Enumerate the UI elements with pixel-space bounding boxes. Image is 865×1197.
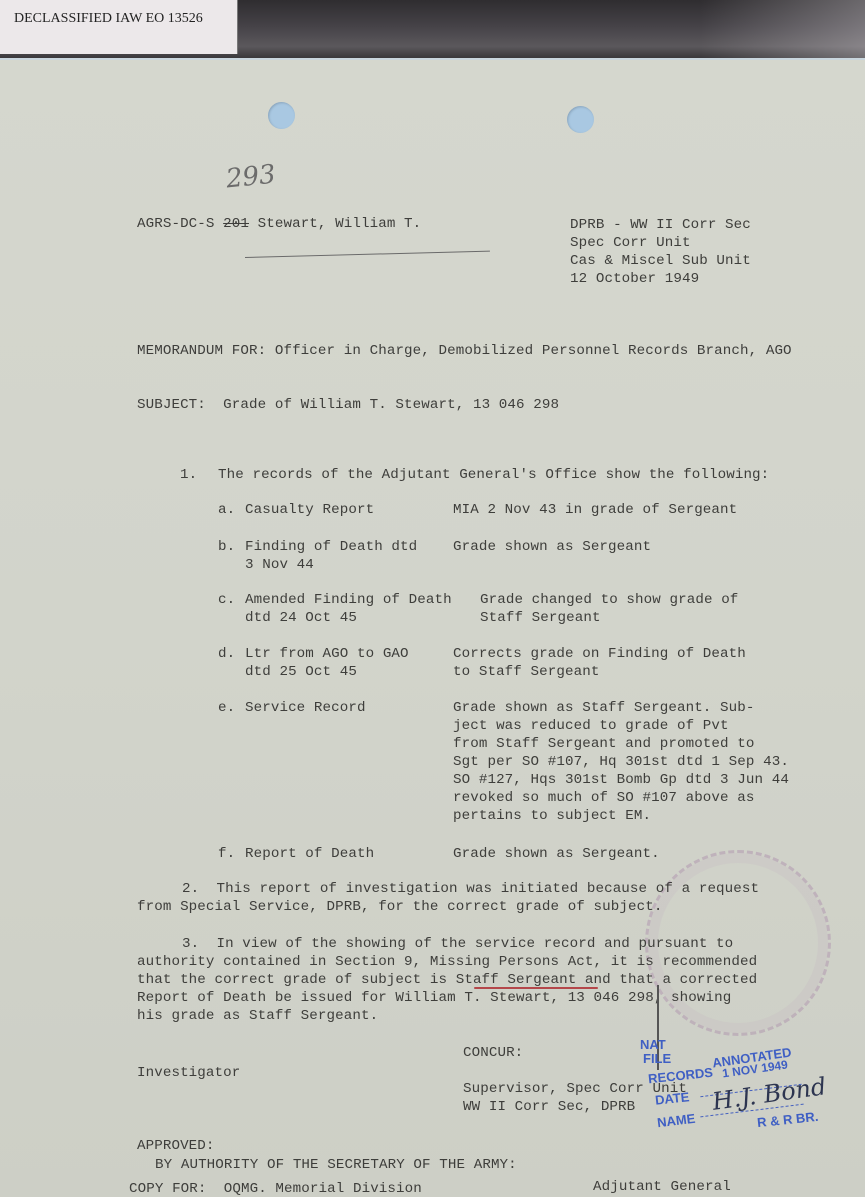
adjutant-general-label: Adjutant General	[593, 1178, 731, 1196]
item-d-letter: d.	[218, 645, 235, 663]
reference-line: AGRS-DC-S 201 Stewart, William T.	[137, 215, 421, 233]
item-d-record-date: dtd 25 Oct 45	[245, 663, 357, 681]
declassification-label: DECLASSIFIED IAW EO 13526	[0, 0, 238, 54]
item-c-letter: c.	[218, 591, 235, 609]
concur-label: CONCUR:	[463, 1044, 523, 1062]
subject-line: SUBJECT: Grade of William T. Stewart, 13…	[137, 396, 559, 414]
item-e-finding: Sgt per SO #107, Hq 301st dtd 1 Sep 43.	[453, 753, 789, 771]
item-e-record: Service Record	[245, 699, 366, 717]
copy-for-line: COPY FOR: OQMG. Memorial Division	[129, 1180, 422, 1197]
item-c-finding: Staff Sergeant	[480, 609, 601, 627]
paragraph-1-number: 1.	[180, 466, 197, 484]
paragraph-2-line: 2. This report of investigation was init…	[182, 880, 759, 898]
subject-name: Stewart, William T.	[258, 216, 422, 232]
item-c-finding: Grade changed to show grade of	[480, 591, 738, 609]
item-e-finding: revoked so much of SO #107 above as	[453, 789, 755, 807]
paragraph-3-line: that the correct grade of subject is Sta…	[137, 971, 757, 989]
item-e-finding: pertains to subject EM.	[453, 807, 651, 825]
item-e-finding: Grade shown as Staff Sergeant. Sub-	[453, 699, 755, 717]
item-c-record-date: dtd 24 Oct 45	[245, 609, 357, 627]
item-e-letter: e.	[218, 699, 235, 717]
paragraph-3-line: his grade as Staff Sergeant.	[137, 1007, 378, 1025]
supervisor-line: WW II Corr Sec, DPRB	[463, 1098, 635, 1116]
item-b-record-date: 3 Nov 44	[245, 556, 314, 574]
item-d-finding: to Staff Sergeant	[453, 663, 599, 681]
paragraph-2-line: from Special Service, DPRB, for the corr…	[137, 898, 662, 916]
office-line: DPRB - WW II Corr Sec	[570, 216, 751, 234]
item-b-letter: b.	[218, 538, 235, 556]
paragraph-1-intro: The records of the Adjutant General's Of…	[218, 466, 769, 484]
header-sheen	[700, 0, 865, 58]
paragraph-3-line: authority contained in Section 9, Missin…	[137, 953, 757, 971]
subject-value: Grade of William T. Stewart, 13 046 298	[223, 397, 559, 413]
investigator-label: Investigator	[137, 1064, 240, 1082]
item-e-finding: ject was reduced to grade of Pvt	[453, 717, 729, 735]
paragraph-3-line: Report of Death be issued for William T.…	[137, 989, 731, 1007]
memo-date: 12 October 1949	[570, 270, 699, 288]
item-a-letter: a.	[218, 501, 235, 519]
approved-label: APPROVED:	[137, 1137, 215, 1155]
stamp-line: NAT	[640, 1037, 666, 1052]
punch-hole-right	[567, 106, 594, 133]
item-a-finding: MIA 2 Nov 43 in grade of Sergeant	[453, 501, 737, 519]
item-a-record: Casualty Report	[245, 501, 374, 519]
item-f-letter: f.	[218, 845, 235, 863]
punch-hole-left	[268, 102, 295, 129]
item-d-record: Ltr from AGO to GAO	[245, 645, 409, 663]
struck-number: 201	[223, 216, 249, 232]
memo-for-value: Officer in Charge, Demobilized Personnel…	[275, 343, 792, 359]
item-e-finding: from Staff Sergeant and promoted to	[453, 735, 755, 753]
item-b-record: Finding of Death dtd	[245, 538, 417, 556]
item-e-finding: SO #127, Hqs 301st Bomb Gp dtd 3 Jun 44	[453, 771, 789, 789]
office-line: Spec Corr Unit	[570, 234, 691, 252]
item-b-finding: Grade shown as Sergeant	[453, 538, 651, 556]
handwritten-file-number: 293	[225, 159, 278, 194]
subject-label: SUBJECT:	[137, 397, 206, 413]
memo-for-label: MEMORANDUM FOR:	[137, 343, 266, 359]
office-line: Cas & Miscel Sub Unit	[570, 252, 751, 270]
stamp-line: FILE	[643, 1051, 671, 1066]
item-f-record: Report of Death	[245, 845, 374, 863]
paragraph-3-line: 3. In view of the showing of the service…	[182, 935, 733, 953]
item-d-finding: Corrects grade on Finding of Death	[453, 645, 746, 663]
file-code: AGRS-DC-S	[137, 216, 215, 232]
authority-line: BY AUTHORITY OF THE SECRETARY OF THE ARM…	[155, 1156, 517, 1174]
memorandum-for: MEMORANDUM FOR: Officer in Charge, Demob…	[137, 342, 792, 360]
item-f-finding: Grade shown as Sergeant.	[453, 845, 660, 863]
item-c-record: Amended Finding of Death	[245, 591, 452, 609]
